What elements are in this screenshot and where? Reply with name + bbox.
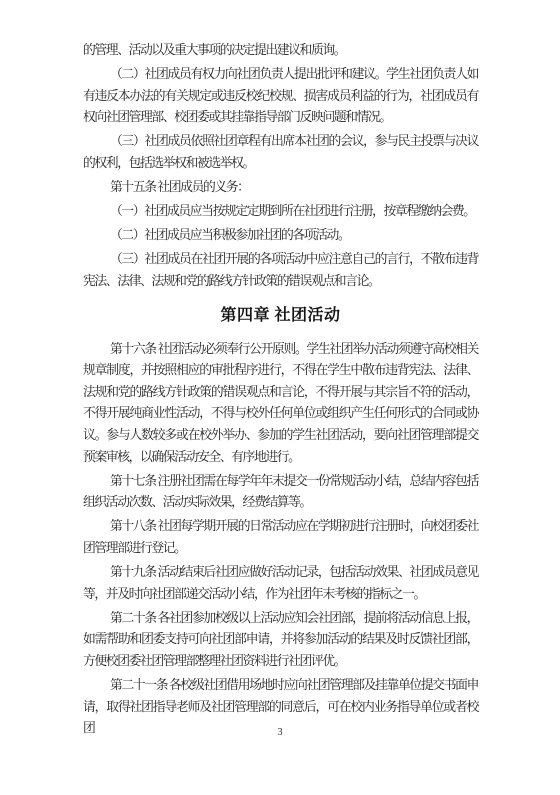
paragraph-member-right-2: （二）社团成员有权力向社团负责人提出批评和建议。学生社团负责人如有违反本办法的有…	[83, 64, 478, 129]
paragraph-duty-3: （三）社团成员在社团开展的各项活动中应注意自己的言行，不散布违背宪法、法律、法规…	[83, 249, 478, 292]
paragraph-article-20: 第二十条 各社团参加校级以上活动应知会社团部，提前将活动信息上报，如需帮助和团委…	[83, 608, 478, 673]
page-number: 3	[0, 727, 560, 739]
paragraph-article-19: 第十九条 活动结束后社团应做好活动记录，包括活动效果、社团成员意见等，并及时向社…	[83, 562, 478, 605]
paragraph-member-right-3: （三）社团成员依照社团章程有出席本社团的会议，参与民主投票与决议的权利，包括选举…	[83, 131, 478, 174]
paragraph-article-16: 第十六条 社团活动必须奉行公开原则。学生社团举办活动须遵守高校相关规章制度，并按…	[83, 339, 478, 469]
paragraph-duty-1: （一）社团成员应当按规定定期到所在社团进行注册，按章程缴纳会费。	[83, 201, 478, 223]
chapter-heading: 第四章 社团活动	[83, 304, 478, 328]
paragraph-duty-2: （二）社团成员应当积极参加社团的各项活动。	[83, 225, 478, 247]
paragraph-article-17: 第十七条 注册社团需在每学年年末提交一份常规活动小结，总结内容包括组织活动次数、…	[83, 471, 478, 514]
paragraph-article-15: 第十五条 社团成员的义务：	[83, 177, 478, 199]
paragraph-article-18: 第十八条 社团每学期开展的日常活动应在学期初进行注册时，向校团委社团管理部进行登…	[83, 516, 478, 559]
document-page: 的管理、活动以及重大事项的决定提出建议和质询。 （二）社团成员有权力向社团负责人…	[0, 0, 560, 795]
paragraph-continuation: 的管理、活动以及重大事项的决定提出建议和质询。	[83, 40, 478, 62]
